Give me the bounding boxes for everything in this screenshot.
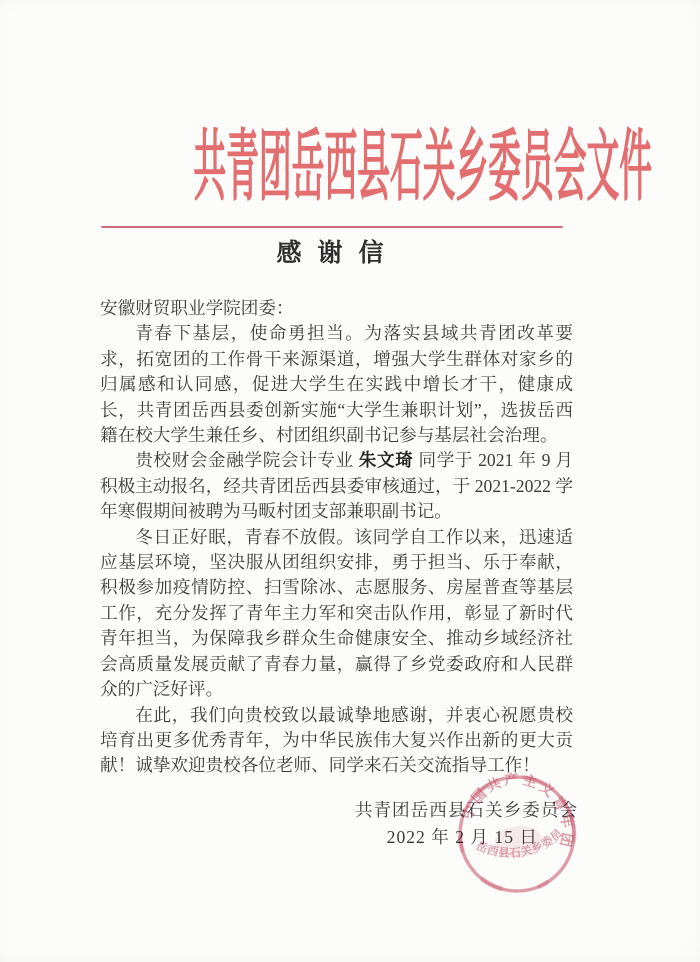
signature-org-name: 共青团岳西县石关乡委员会 <box>322 797 578 824</box>
signature-date: 2022 年 2 月 15 日 <box>322 824 578 851</box>
salutation: 安徽财贸职业学院团委： <box>100 296 573 321</box>
paragraph-2-prefix: 贵校财会金融学院会计专业 <box>135 450 359 470</box>
red-header-title: 共青团岳西县石关乡委员会文件 <box>193 121 470 213</box>
letter-body: 安徽财贸职业学院团委： 青春下基层，使命勇担当。为落实县域共青团改革要求，拓宽团… <box>100 296 573 779</box>
signature-block: 共青团岳西县石关乡委员会 2022 年 2 月 15 日 <box>322 797 578 851</box>
student-name-bold: 朱文琦 <box>359 450 414 470</box>
paragraph-3: 冬日正好眠，青春不放假。该同学自工作以来，迅速适应基层环境，坚决服从团组织安排，… <box>100 525 573 703</box>
letter-page: 共青团岳西县石关乡委员会文件 感谢信 安徽财贸职业学院团委： 青春下基层，使命勇… <box>0 0 700 962</box>
paragraph-4: 在此，我们向贵校致以最诚挚地感谢，并衷心祝愿贵校培育出更多优秀青年，为中华民族伟… <box>100 703 573 779</box>
paragraph-2: 贵校财会金融学院会计专业 朱文琦 同学于 2021 年 9 月积极主动报名，经共… <box>100 448 573 524</box>
letter-title: 感谢信 <box>0 239 660 268</box>
red-divider-line <box>101 226 563 228</box>
paragraph-1: 青春下基层，使命勇担当。为落实县域共青团改革要求，拓宽团的工作骨干来源渠道，增强… <box>100 321 573 448</box>
